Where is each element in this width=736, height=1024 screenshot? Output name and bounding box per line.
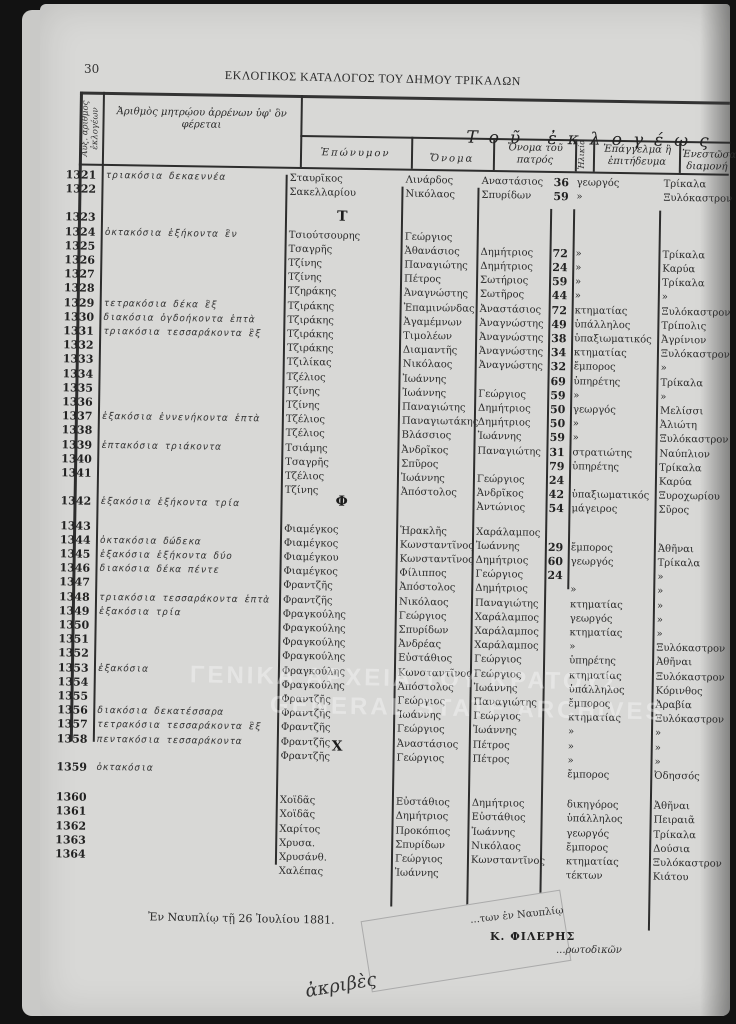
- cell-surname: Τζιλίκας: [287, 357, 332, 370]
- cell-name: Φίλιππος: [399, 568, 446, 581]
- cell-residence: Κιάτου: [653, 872, 689, 885]
- cell-age: 60: [548, 556, 563, 568]
- cell-no: 1335: [62, 382, 93, 394]
- cell-profession: ἔμπορος: [574, 362, 616, 375]
- cell-surname: Φιαμέγκος: [284, 523, 339, 536]
- cell-father: Δημήτριος: [480, 247, 533, 260]
- cell-age: 24: [552, 262, 567, 274]
- cell-residence: Σῦρος: [658, 505, 689, 517]
- cell-surname: Φραντζῆς: [283, 580, 333, 593]
- cell-age: 59: [553, 191, 568, 203]
- cell-registry: ἑξακόσια τρία: [99, 606, 181, 619]
- cell-no: 1355: [57, 690, 88, 702]
- cell-profession: »: [573, 418, 579, 430]
- cell-father: Ἀναγνώστης: [479, 360, 543, 373]
- cell-profession: ἔμπορος: [566, 842, 608, 855]
- cell-age: 31: [549, 447, 564, 459]
- cell-age: 72: [552, 248, 567, 260]
- cell-surname: Τσαγρῆς: [285, 457, 329, 470]
- cell-name: Δημήτριος: [396, 811, 449, 824]
- cell-residence: Ἀλιώτη: [660, 420, 697, 433]
- cell-surname: Φραγκούλης: [282, 637, 345, 650]
- cell-profession: στρατιώτης: [572, 447, 632, 460]
- cell-name: Ἀθανάσιος: [404, 245, 459, 258]
- cell-age: 49: [551, 319, 566, 331]
- cell-father: Πέτρος: [473, 739, 510, 752]
- cell-father: Σπυρίδων: [481, 190, 531, 203]
- cell-residence: Τρίκαλα: [662, 278, 705, 291]
- cell-registry: ὀκτακόσια δώδεκα: [100, 535, 201, 549]
- slip-court-subline: ...ρωτοδικῶν: [556, 945, 622, 956]
- cell-father: Ἀνδρῖκος: [477, 488, 524, 501]
- cell-no: 1332: [63, 339, 94, 351]
- cell-no: 1324: [65, 226, 96, 238]
- cell-registry: τριακόσια δεκαεννέα: [106, 170, 226, 184]
- cell-surname: Φιαμέγκου: [284, 552, 339, 565]
- cell-name: Τιμολέων: [403, 331, 452, 344]
- cell-registry: ἑξακόσια ἑξήκοντα δύο: [100, 549, 233, 563]
- cell-father: Παναγιώτης: [477, 445, 541, 458]
- cell-name: Βλάσσιος: [402, 430, 452, 443]
- cell-surname: Φραγκούλης: [282, 623, 345, 636]
- cell-no: 1348: [59, 591, 90, 603]
- cell-name: Ἡρακλῆς: [400, 525, 447, 538]
- cell-surname: Τζιράκης: [287, 343, 334, 356]
- cell-father: Δημήτριος: [475, 583, 528, 596]
- cell-father: Ἀναγνώστης: [479, 332, 543, 345]
- cell-father: Χαράλαμπος: [474, 626, 538, 639]
- cell-residence: Ξυλόκαστρον: [663, 193, 732, 206]
- cell-no: 1350: [59, 619, 90, 631]
- cell-profession: »: [573, 433, 579, 445]
- cell-residence: Ξυλόκαστρον: [653, 858, 722, 871]
- cell-profession: κτηματίας: [570, 599, 623, 612]
- cell-father: Γεώργιος: [477, 474, 525, 487]
- cell-registry: ἑξακόσια: [98, 662, 149, 675]
- cell-name: Γεώργιος: [397, 724, 445, 737]
- cell-name: Εὐστάθιος: [398, 653, 452, 666]
- cell-residence: »: [657, 586, 663, 598]
- cell-profession: ὑπάλληλος: [567, 814, 623, 827]
- cell-surname: Τσιούτσουρης: [289, 229, 361, 242]
- cell-father: Ἰωάννης: [476, 541, 520, 554]
- cell-surname: Τσαγρῆς: [288, 244, 332, 257]
- cell-name: Ἰωάννης: [401, 473, 445, 486]
- cell-registry: ὀκτακόσια ἑξήκοντα ἓν: [105, 227, 238, 241]
- cell-residence: Ἀγρίνιον: [661, 335, 706, 348]
- cell-name: Σπυρίδων: [398, 625, 448, 638]
- cell-father: Γεώργιος: [478, 389, 526, 402]
- header-name: Ὄνομα: [411, 153, 493, 166]
- cell-surname: Φραγκούλης: [283, 609, 346, 622]
- voter-register-table: Αὐξ. ἀριθμὸς ἐκλογέων Ἀριθμὸς μητρῴου ἀρ…: [34, 91, 736, 902]
- cell-registry: ἑπτακόσια τριάκοντα: [101, 439, 221, 453]
- cell-no: 1339: [61, 439, 92, 451]
- cell-father: Πέτρος: [472, 754, 509, 767]
- cell-residence: Δούσια: [653, 843, 690, 856]
- cell-surname: Χρυσα.: [279, 838, 315, 851]
- cell-no: 1329: [64, 297, 95, 309]
- cell-residence: »: [657, 614, 663, 626]
- cell-father: Νικόλαος: [471, 841, 521, 854]
- cell-surname: Χρυσάνθ.: [279, 852, 327, 865]
- cell-surname: Τζηράκης: [288, 286, 337, 299]
- cell-name: Σπῦρος: [401, 458, 438, 471]
- cell-no: 1321: [66, 169, 97, 181]
- cell-no: 1322: [65, 183, 96, 195]
- cell-surname: Χαρίτος: [279, 823, 320, 836]
- cell-profession: μάγειρος: [571, 504, 617, 517]
- cell-name: Νικόλαος: [399, 596, 449, 609]
- cell-father: Χαράλαμπος: [474, 640, 538, 653]
- cell-no: 1349: [59, 605, 90, 617]
- cell-registry: ἑξακόσια ἑξήκοντα τρία: [100, 496, 239, 510]
- cell-age: 50: [550, 418, 565, 430]
- cell-profession: »: [575, 277, 581, 289]
- cell-father: Γεώργιος: [474, 654, 522, 667]
- cell-no: 1341: [61, 467, 92, 479]
- cell-name: Ἀνδρῖκος: [401, 444, 448, 457]
- cell-age: 59: [550, 390, 565, 402]
- cell-father: Ἀναγνώστης: [479, 318, 543, 331]
- header-serial: Αὐξ. ἀριθμὸς ἐκλογέων: [80, 96, 103, 162]
- cell-registry: διακόσια δεκατέσσαρα: [97, 705, 224, 719]
- cell-residence: Ξυλόκαστρον: [656, 643, 725, 656]
- cell-age: 44: [552, 290, 567, 302]
- cell-surname: Τζέλιος: [286, 428, 325, 441]
- cell-name: Ἰωάννης: [395, 868, 439, 881]
- cell-residence: »: [657, 600, 663, 612]
- cell-age: 24: [549, 475, 564, 487]
- cell-age: 34: [551, 347, 566, 359]
- cell-no: 1328: [64, 283, 95, 295]
- cell-residence: Μελίσσι: [660, 406, 703, 419]
- cell-name: Πέτρος: [404, 274, 441, 287]
- cell-residence: Τρίκαλα: [664, 179, 707, 192]
- cell-surname: Φραντζῆς: [280, 751, 330, 764]
- cell-no: 1353: [58, 662, 89, 674]
- cell-surname: Τσιάμης: [285, 442, 327, 455]
- cell-registry: διακόσια ὀγδοήκοντα ἑπτὰ: [103, 312, 255, 326]
- cell-surname: Τζιράκης: [287, 315, 334, 328]
- cell-age: 38: [551, 333, 566, 345]
- cell-profession: γεωργός: [573, 404, 616, 417]
- cell-name: Ἀγαμέμνων: [403, 316, 462, 329]
- cell-name: Παναγιωτάκης: [402, 416, 479, 429]
- cell-surname: Φιαμέγκος: [284, 538, 339, 551]
- header-age: Ἡλικία: [576, 143, 592, 169]
- cell-surname: Φιαμέγκος: [283, 566, 338, 579]
- cell-residence: »: [655, 742, 661, 754]
- cell-father: Δημήτριος: [472, 798, 525, 811]
- cell-profession: κτηματίας: [574, 347, 627, 360]
- cell-no: 1325: [64, 240, 95, 252]
- cell-residence: Ξυλόκαστρον: [661, 349, 730, 362]
- cell-profession: ὑπαξιωματικός: [574, 333, 652, 346]
- cell-father: Ἰωάννης: [478, 431, 522, 444]
- cell-no: 1336: [62, 396, 93, 408]
- cell-residence: Ξυλόκαστρον: [662, 306, 731, 319]
- cell-no: 1323: [65, 212, 96, 224]
- cell-surname: Τζέλιος: [286, 371, 325, 384]
- cell-profession: »: [575, 291, 581, 303]
- cell-profession: »: [573, 390, 579, 402]
- cell-residence: »: [657, 572, 663, 584]
- cell-father: Χαράλαμπος: [476, 526, 540, 539]
- cell-no: 1330: [63, 311, 94, 323]
- section-letter-x: Χ: [332, 741, 343, 753]
- cell-surname: Τζίνης: [286, 400, 320, 413]
- cell-residence: »: [654, 756, 660, 768]
- cell-no: 1334: [62, 368, 93, 380]
- cell-surname: Τζιράκης: [287, 329, 334, 342]
- cell-residence: Ξυροχωρίου: [659, 491, 720, 504]
- page-number: 30: [84, 62, 99, 76]
- cell-surname: Χοϊδᾶς: [280, 809, 316, 822]
- cell-surname: Σακελλαρίου: [289, 187, 356, 200]
- cell-father: Χαράλαμπος: [475, 612, 539, 625]
- cell-registry: ὀκτακόσια: [96, 762, 153, 775]
- cell-profession: ὑπαξιωματικός: [572, 489, 650, 502]
- cell-no: 1362: [55, 820, 86, 832]
- cell-profession: »: [568, 727, 574, 739]
- cell-registry: τριακόσια τεσσαράκοντα ἓξ: [103, 326, 261, 340]
- header-profession: Ἐπάγγελμα ἢ ἐπιτήδευμα: [595, 144, 679, 169]
- cell-age: 50: [550, 404, 565, 416]
- cell-no: 1358: [57, 733, 88, 745]
- cell-surname: Φραντζῆς: [281, 736, 331, 749]
- cell-profession: γεωργός: [570, 613, 613, 626]
- cell-father: Ἀντώνιος: [476, 502, 525, 515]
- cell-no: 1326: [64, 254, 95, 266]
- cell-father: Σωτῆρος: [480, 289, 524, 302]
- cell-residence: Τρίκαλα: [662, 249, 705, 262]
- cell-residence: Τρίκαλα: [659, 462, 702, 475]
- cell-name: Ἰωάννης: [402, 387, 446, 400]
- cell-father: Δημήτριος: [478, 417, 531, 430]
- cell-residence: »: [662, 292, 668, 304]
- cell-age: 69: [550, 376, 565, 388]
- cell-father: Σωτήριος: [480, 275, 528, 288]
- cell-residence: Ἀθῆναι: [658, 543, 694, 556]
- cell-no: 1347: [59, 577, 90, 589]
- cell-residence: Ναύπλιον: [659, 448, 710, 461]
- cell-profession: »: [576, 192, 582, 204]
- cell-name: Ἀναγνώστης: [404, 288, 468, 301]
- cell-registry: ἑξακόσια ἐννενήκοντα ἑπτὰ: [102, 411, 260, 425]
- cell-father: Παναγιώτης: [475, 597, 539, 610]
- cell-residence: Ἀθῆναι: [654, 801, 690, 814]
- cell-age: 29: [548, 542, 563, 554]
- signatory-name: Κ. ΦΙΛΕΡΗΣ: [490, 930, 575, 943]
- cell-no: 1363: [55, 834, 86, 846]
- cell-name: Κωνσταντῖνος: [400, 554, 474, 567]
- cell-registry: διακόσια δέκα πέντε: [99, 563, 219, 577]
- cell-profession: τέκτων: [566, 870, 603, 883]
- cell-surname: Τζίνης: [288, 272, 322, 285]
- cell-father: Ἀναστάσιος: [480, 303, 542, 316]
- cell-name: Γεώργιος: [405, 231, 453, 244]
- cell-father: Ἰωάννης: [473, 725, 517, 738]
- cell-father: Αναστάσιος: [482, 176, 544, 189]
- cell-name: Νικόλαος: [405, 189, 455, 202]
- cell-registry: τετρακόσια δέκα ἓξ: [104, 298, 218, 312]
- cell-residence: Τρίπολις: [661, 320, 706, 333]
- cell-age: 59: [550, 432, 565, 444]
- cell-residence: Καρύα: [659, 477, 692, 490]
- cell-no: 1340: [61, 453, 92, 465]
- cell-name: Γεώργιος: [395, 854, 443, 867]
- cell-no: 1331: [63, 325, 94, 337]
- cell-age: 42: [549, 489, 564, 501]
- cell-age: 24: [547, 570, 562, 582]
- cell-name: Κωνσταντῖνος: [400, 539, 474, 552]
- cell-residence: Τρίκαλα: [660, 377, 703, 390]
- cell-residence: Τρίκαλα: [658, 558, 701, 571]
- cell-no: 1343: [60, 520, 91, 532]
- cell-profession: δικηγόρος: [567, 799, 619, 812]
- cell-name: Λινάρδος: [406, 175, 454, 188]
- cell-residence: Ξυλόκαστρον: [655, 714, 724, 727]
- cell-residence: Τρίκαλα: [653, 829, 696, 842]
- cell-residence: Ξυλόκαστρον: [659, 434, 728, 447]
- cell-profession: κτηματίας: [566, 856, 619, 869]
- cell-no: 1352: [58, 648, 89, 660]
- cell-profession: ὑπάλληλος: [574, 319, 630, 332]
- cell-surname: Τζίνης: [286, 386, 320, 399]
- cell-no: 1327: [64, 268, 95, 280]
- cell-residence: Ὀδησσός: [654, 771, 700, 784]
- cell-name: Νικόλαος: [403, 359, 453, 372]
- cell-surname: Φραντζῆς: [283, 594, 333, 607]
- cell-registry: τετρακόσια τεσσαράκοντα ἓξ: [97, 719, 261, 734]
- cell-name: Προκόπιος: [395, 825, 450, 838]
- cell-name: Σπυρίδων: [395, 839, 445, 852]
- cell-surname: Τζίνης: [285, 485, 319, 498]
- cell-no: 1356: [57, 704, 88, 716]
- cell-no: 1338: [62, 425, 93, 437]
- cell-age: 32: [551, 361, 566, 373]
- cell-no: 1342: [60, 496, 91, 508]
- cell-surname: Χαλέπας: [279, 866, 324, 879]
- cell-age: 54: [548, 503, 563, 515]
- cell-no: 1364: [55, 848, 86, 860]
- cell-profession: »: [569, 641, 575, 653]
- cell-profession: ὑπηρέτης: [572, 461, 619, 474]
- cell-profession: ὑπηρέτης: [573, 376, 620, 389]
- cell-residence: »: [660, 391, 666, 403]
- cell-surname: Χοϊδᾶς: [280, 795, 316, 808]
- cell-residence: »: [661, 363, 667, 375]
- cell-age: 59: [552, 276, 567, 288]
- cell-residence: »: [656, 629, 662, 641]
- cell-father: Δημήτριος: [478, 403, 531, 416]
- cell-residence: Ξυλόκαστρον: [656, 671, 725, 684]
- header-residence: Ἐνεστῶσα διαμονή: [682, 149, 732, 174]
- cell-surname: Φραντζῆς: [281, 722, 331, 735]
- cell-name: Διαμαντῆς: [403, 345, 458, 358]
- cell-profession: »: [575, 248, 581, 260]
- cell-no: 1361: [56, 806, 87, 818]
- cell-age: 79: [549, 461, 564, 473]
- cell-father: Δημήτριος: [476, 555, 529, 568]
- cell-no: 1360: [56, 791, 87, 803]
- cell-surname: Τζέλιος: [286, 414, 325, 427]
- cell-residence: Καρύα: [662, 264, 695, 277]
- cell-residence: Κόρινθος: [656, 685, 703, 698]
- cell-profession: ἔμπορος: [571, 542, 613, 555]
- cell-name: Παναγιώτης: [404, 260, 468, 273]
- cell-no: 1351: [58, 633, 89, 645]
- cell-father: Κωνσταντῖνος: [471, 855, 545, 868]
- cell-father: Δημήτριος: [480, 261, 533, 274]
- cell-no: 1333: [63, 354, 94, 366]
- cell-residence: Ἀθῆναι: [656, 657, 692, 670]
- cell-name: Ἰωάννης: [402, 373, 446, 386]
- header-registry: Ἀριθμὸς μητρῴου ἀρρένων ὑφ' ὃν φέρεται: [108, 106, 294, 133]
- cell-profession: γεωργός: [577, 177, 620, 190]
- cell-surname: Τζίνης: [288, 258, 322, 271]
- cell-residence: »: [655, 728, 661, 740]
- section-letter-f: Φ: [335, 496, 347, 508]
- cell-age: 36: [554, 177, 569, 189]
- cell-profession: γεωργός: [566, 828, 609, 841]
- cell-name: Παναγιώτης: [402, 402, 466, 415]
- cell-father: Εὐστάθιος: [472, 812, 526, 825]
- cell-name: Γεώργιος: [399, 610, 447, 623]
- cell-no: 1344: [60, 534, 91, 546]
- cell-profession: κτηματίας: [569, 627, 622, 640]
- header-father: Ὄνομα τοῦ πατρός: [495, 142, 575, 167]
- cell-profession: ἔμπορος: [567, 769, 609, 782]
- cell-no: 1345: [60, 548, 91, 560]
- cell-surname: Τζιράκης: [288, 300, 335, 313]
- cell-surname: Τζέλιος: [285, 471, 324, 484]
- cell-no: 1357: [57, 719, 88, 731]
- cell-residence: Πειραιᾶ: [654, 815, 695, 828]
- cell-name: Ἐπαμινώνδας: [404, 302, 475, 315]
- cell-name: Ἀπόστολος: [401, 487, 457, 500]
- cell-profession: γεωργός: [571, 556, 614, 569]
- cell-name: Γεώργιος: [396, 752, 444, 765]
- cell-father: Ἰωάννης: [471, 826, 515, 839]
- cell-name: Ἀναστάσιος: [397, 738, 459, 751]
- cell-no: 1354: [58, 676, 89, 688]
- cell-father: Γεώργιος: [475, 569, 523, 582]
- cell-profession: »: [570, 585, 576, 597]
- cell-name: Ἀνδρέας: [398, 639, 441, 652]
- cell-profession: κτηματίας: [575, 305, 628, 318]
- cell-profession: ὑπηρέτης: [569, 656, 616, 669]
- cell-surname: Σταυρῖκος: [290, 173, 343, 186]
- cell-profession: »: [567, 755, 573, 767]
- cell-no: 1359: [56, 761, 87, 773]
- cell-profession: »: [575, 262, 581, 274]
- cell-registry: τριακόσια τεσσαράκοντα ἑπτὰ: [99, 591, 270, 606]
- cell-no: 1337: [62, 410, 93, 422]
- cell-registry: πεντακόσια τεσσαράκοντα: [97, 733, 243, 747]
- cell-name: Ἀπόστολος: [399, 582, 455, 595]
- cell-profession: »: [568, 741, 574, 753]
- header-surname: Ἐπώνυμον: [300, 147, 411, 161]
- cell-no: 1346: [59, 562, 90, 574]
- cell-father: Ἀναγνώστης: [479, 346, 543, 359]
- cell-name: Εὐστάθιος: [396, 797, 450, 810]
- section-letter-t: Τ: [337, 211, 348, 223]
- cell-age: 72: [552, 305, 567, 317]
